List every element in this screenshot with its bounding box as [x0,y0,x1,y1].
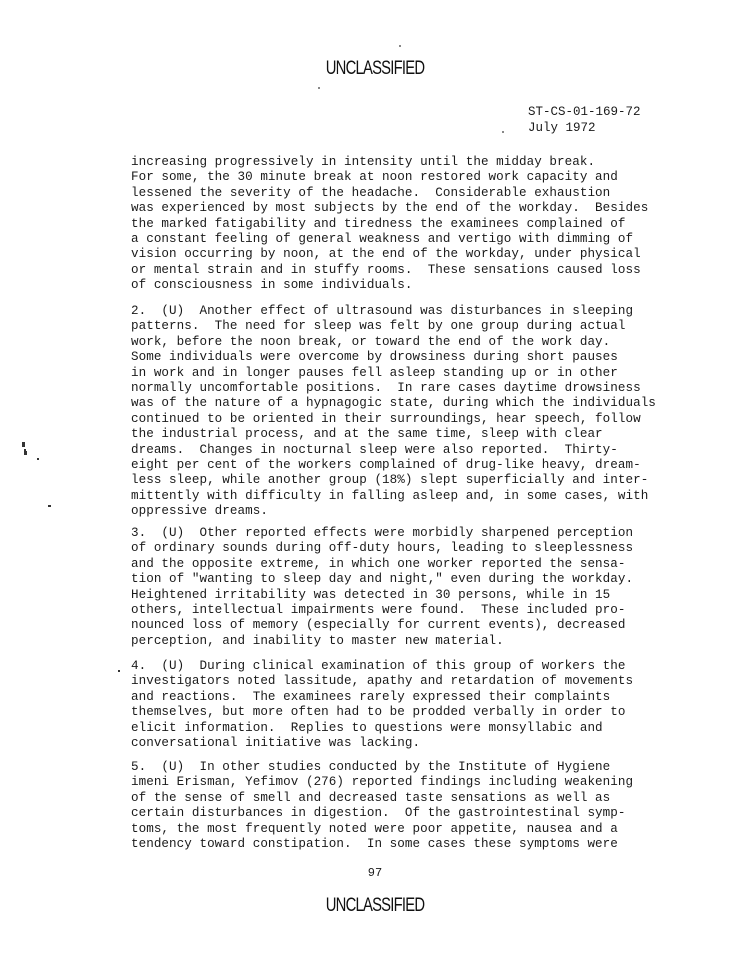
text-line: tion of "wanting to sleep day and night,… [131,572,633,587]
margin-mark [22,442,25,447]
text-line: 5. (U) In other studies conducted by the… [131,760,633,775]
text-line: a constant feeling of general weakness a… [131,232,648,247]
paragraph-1: increasing progressively in intensity un… [131,155,648,294]
text-line: tendency toward constipation. In some ca… [131,837,633,852]
margin-mark [48,505,51,507]
text-line: of consciousness in some individuals. [131,278,648,293]
margin-mark [118,670,120,672]
paragraph-4: 4. (U) During clinical examination of th… [131,659,633,751]
text-line: lessened the severity of the headache. C… [131,186,648,201]
text-line: toms, the most frequently noted were poo… [131,822,633,837]
text-line: elicit information. Replies to questions… [131,721,633,736]
text-line: mittently with difficulty in falling asl… [131,489,656,504]
classification-marking-top: UNCLASSIFIED [83,58,668,80]
text-line: others, intellectual impairments were fo… [131,603,633,618]
document-number: ST-CS-01-169-72 [528,104,641,120]
text-line: the industrial process, and at the same … [131,427,656,442]
text-line: less sleep, while another group (18%) sl… [131,473,656,488]
text-line: vision occurring by noon, at the end of … [131,247,648,262]
margin-mark [24,449,26,451]
text-line: For some, the 30 minute break at noon re… [131,170,648,185]
text-line: conversational initiative was lacking. [131,736,633,751]
margin-mark [24,451,27,455]
text-line: themselves, but more often had to be pro… [131,705,633,720]
text-line: investigators noted lassitude, apathy an… [131,674,633,689]
classification-marking-bottom: UNCLASSIFIED [83,895,668,917]
text-line: 4. (U) During clinical examination of th… [131,659,633,674]
text-line: patterns. The need for sleep was felt by… [131,319,656,334]
text-line: was experienced by most subjects by the … [131,201,648,216]
paragraph-5: 5. (U) In other studies conducted by the… [131,760,633,852]
text-line: eight per cent of the workers complained… [131,458,656,473]
text-line: of ordinary sounds during off-duty hours… [131,541,633,556]
text-line: continued to be oriented in their surrou… [131,412,656,427]
text-line: increasing progressively in intensity un… [131,155,648,170]
text-line: in work and in longer pauses fell asleep… [131,366,656,381]
scan-speck [626,532,628,534]
text-line: dreams. Changes in nocturnal sleep were … [131,443,656,458]
text-line: certain disturbances in digestion. Of th… [131,806,633,821]
text-line: of the sense of smell and decreased tast… [131,791,633,806]
text-line: perception, and inability to master new … [131,634,633,649]
text-line: oppressive dreams. [131,504,656,519]
text-line: Some individuals were overcome by drowsi… [131,350,656,365]
text-line: was of the nature of a hypnagogic state,… [131,396,656,411]
text-line: 3. (U) Other reported effects were morbi… [131,526,633,541]
text-line: work, before the noon break, or toward t… [131,335,656,350]
margin-mark [37,458,39,460]
document-reference: ST-CS-01-169-72 July 1972 [528,104,641,136]
text-line: imeni Erisman, Yefimov (276) reported fi… [131,775,633,790]
scan-speck [399,45,401,47]
document-date: July 1972 [528,120,641,136]
text-line: and reactions. The examinees rarely expr… [131,690,633,705]
paragraph-2: 2. (U) Another effect of ultrasound was … [131,304,656,520]
paragraph-3: 3. (U) Other reported effects were morbi… [131,526,633,649]
page-number: 97 [0,866,750,880]
text-line: and the opposite extreme, in which one w… [131,557,633,572]
text-line: nounced loss of memory (especially for c… [131,618,633,633]
text-line: 2. (U) Another effect of ultrasound was … [131,304,656,319]
text-line: the marked fatigability and tiredness th… [131,217,648,232]
scan-speck [318,87,320,89]
text-line: normally uncomfortable positions. In rar… [131,381,656,396]
scan-speck [502,131,504,133]
text-line: Heightened irritability was detected in … [131,588,633,603]
text-line: or mental strain and in stuffy rooms. Th… [131,263,648,278]
